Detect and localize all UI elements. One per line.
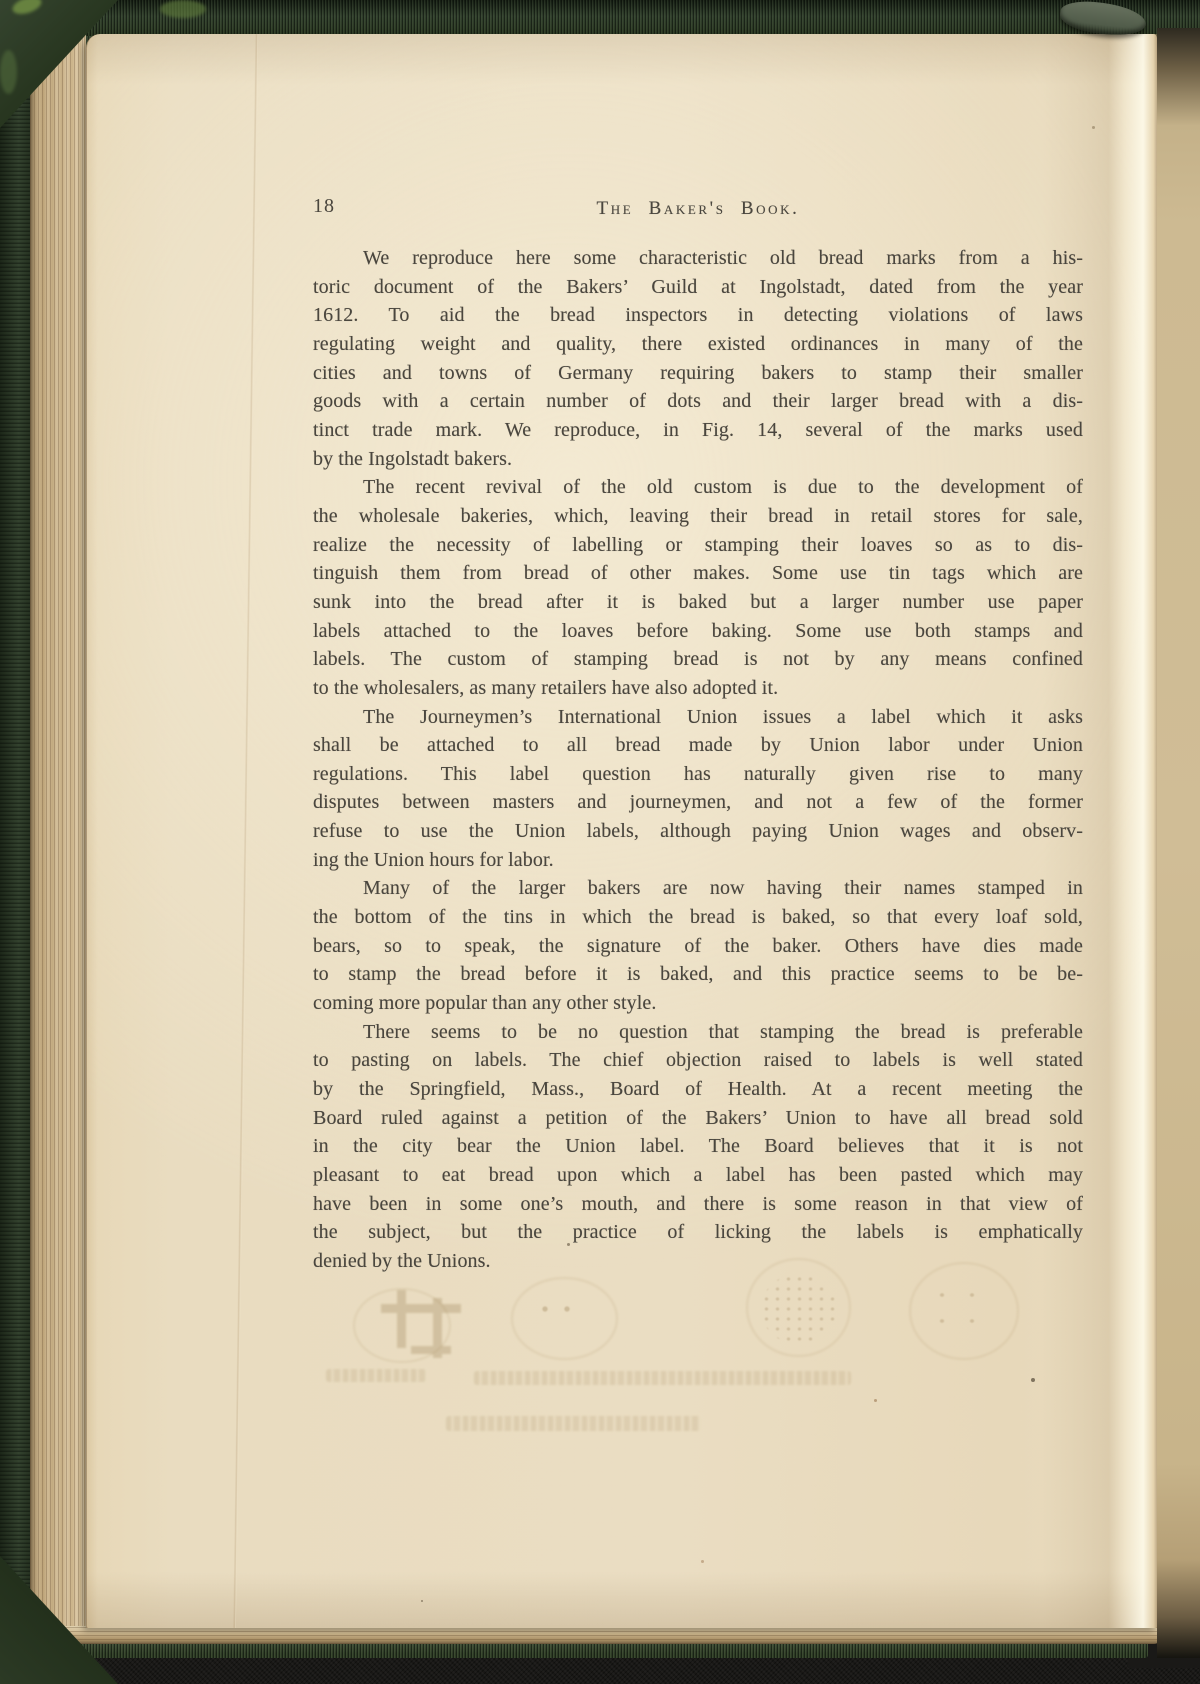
text-line: regulations. This label question has nat… — [313, 760, 1083, 789]
text-line: tinguish them from bread of other makes.… — [313, 559, 1083, 588]
text-line: pleasant to eat bread upon which a label… — [313, 1161, 1083, 1190]
text-line: Many of the larger bakers are now having… — [313, 874, 1083, 903]
text-line: cities and towns of Germany requiring ba… — [313, 359, 1083, 388]
text-line: have been in some one’s mouth, and there… — [313, 1190, 1083, 1219]
page-roll-right — [1157, 28, 1200, 1658]
text-line: sunk into the bread after it is baked bu… — [313, 588, 1083, 617]
ghost-caption — [326, 1369, 426, 1382]
ghost-dot-grid — [761, 1274, 836, 1344]
text-line: We reproduce here some characteristic ol… — [313, 244, 1083, 273]
ghost-bread-mark — [511, 1277, 618, 1360]
text-line: labels attached to the loaves before bak… — [313, 617, 1083, 646]
text-line: refuse to use the Union labels, although… — [313, 817, 1083, 846]
ghost-cross-bar — [411, 1346, 451, 1354]
text-line: ing the Union hours for labor. — [313, 846, 1083, 875]
paragraph: The recent revival of the old custom is … — [313, 473, 1083, 702]
text-line: labels. The custom of stamping bread is … — [313, 645, 1083, 674]
text-line: There seems to be no question that stamp… — [313, 1018, 1083, 1047]
text-line: regulating weight and quality, there exi… — [313, 330, 1083, 359]
dust-speck — [701, 1560, 704, 1563]
dust-speck — [1092, 126, 1095, 129]
paragraph: Many of the larger bakers are now having… — [313, 874, 1083, 1017]
text-line: in the city bear the Union label. The Bo… — [313, 1132, 1083, 1161]
text-line: coming more popular than any other style… — [313, 989, 1083, 1018]
ghost-dot-marks — [539, 1304, 575, 1314]
cloth-surface — [0, 1654, 1200, 1684]
text-line: The Journeymen’s International Union iss… — [313, 703, 1083, 732]
page-edges-bottom — [36, 1626, 1160, 1644]
running-header: The Baker's Book. — [313, 195, 1083, 220]
text-line: disputes between masters and journeymen,… — [313, 788, 1083, 817]
book-photo: 18 The Baker's Book. We reproduce here s… — [0, 0, 1200, 1684]
text-line: Board ruled against a petition of the Ba… — [313, 1104, 1083, 1133]
dust-speck — [567, 1243, 570, 1246]
text-line: toric document of the Bakers’ Guild at I… — [313, 273, 1083, 302]
dust-speck — [874, 1399, 877, 1402]
text-line: by the Springfield, Mass., Board of Heal… — [313, 1075, 1083, 1104]
text-line: The recent revival of the old custom is … — [313, 473, 1083, 502]
text-line: by the Ingolstadt bakers. — [313, 445, 1083, 474]
paragraph: We reproduce here some characteristic ol… — [313, 244, 1083, 473]
ghost-cross-mark — [375, 1290, 467, 1358]
paragraph: The Journeymen’s International Union iss… — [313, 703, 1083, 875]
text-line: to pasting on labels. The chief objectio… — [313, 1046, 1083, 1075]
paragraph: There seems to be no question that stamp… — [313, 1018, 1083, 1276]
page-number: 18 — [313, 195, 335, 218]
page-edges-left — [30, 34, 86, 1642]
ghost-caption — [446, 1416, 701, 1431]
text-line: tinct trade mark. We reproduce, in Fig. … — [313, 416, 1083, 445]
cover-left-edge — [0, 0, 34, 1684]
text-line: the subject, but the practice of licking… — [313, 1218, 1083, 1247]
text-line: shall be attached to all bread made by U… — [313, 731, 1083, 760]
cover-fray — [0, 50, 17, 94]
body-text: We reproduce here some characteristic ol… — [313, 244, 1083, 1276]
ghost-cross-bar — [397, 1290, 406, 1348]
ghost-caption — [474, 1371, 851, 1385]
text-line: bears, so to speak, the signature of the… — [313, 932, 1083, 961]
ghost-cross-bar — [381, 1304, 461, 1313]
text-line: to the wholesalers, as many retailers ha… — [313, 674, 1083, 703]
text-line: the bottom of the tins in which the brea… — [313, 903, 1083, 932]
text-line: realize the necessity of labelling or st… — [313, 531, 1083, 560]
dust-speck — [1031, 1378, 1035, 1382]
page-header: 18 The Baker's Book. — [313, 195, 1083, 221]
cover-fray — [160, 0, 206, 18]
text-line: 1612. To aid the bread inspectors in det… — [313, 301, 1083, 330]
ghost-dot-marks — [927, 1282, 1001, 1342]
text-line: the wholesale bakeries, which, leaving t… — [313, 502, 1083, 531]
book-page: 18 The Baker's Book. We reproduce here s… — [86, 34, 1157, 1628]
dust-speck — [421, 1600, 423, 1602]
page-crease — [233, 34, 258, 1628]
text-line: to stamp the bread before it is baked, a… — [313, 960, 1083, 989]
text-line: goods with a certain number of dots and … — [313, 387, 1083, 416]
